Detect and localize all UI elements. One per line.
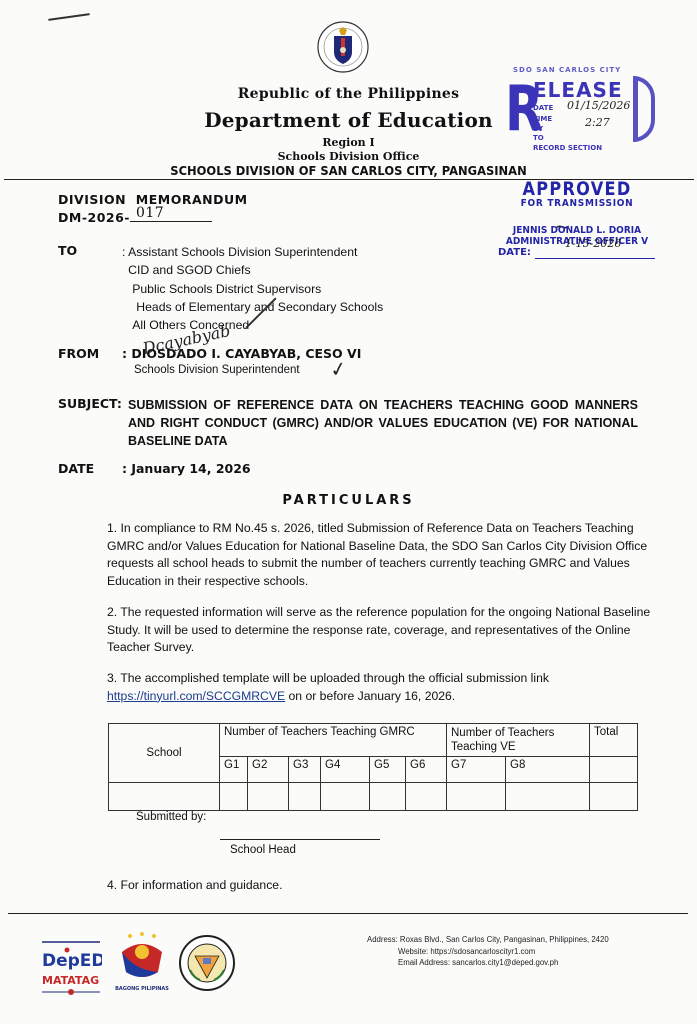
header-gmrc: Number of Teachers Teaching GMRC bbox=[220, 724, 447, 757]
approved-stamp: APPROVED FOR TRANSMISSION ~ JENNIS DONAL… bbox=[492, 178, 662, 259]
stamp-time-handwritten: 2:27 bbox=[585, 116, 610, 129]
recipient: Heads of Elementary and Secondary School… bbox=[122, 298, 383, 316]
stamp-field-to: TO bbox=[533, 134, 544, 142]
from-label: FROM bbox=[58, 346, 99, 361]
header-g2: G2 bbox=[248, 757, 289, 783]
division-line: SCHOOLS DIVISION OF SAN CARLOS CITY, PAN… bbox=[28, 163, 669, 178]
paragraph-4: 4. For information and guidance. bbox=[107, 877, 652, 895]
submitted-by-label: Submitted by: bbox=[136, 811, 206, 823]
footer-address: Address: Roxas Blvd., San Carlos City, P… bbox=[367, 934, 609, 946]
date-value: : January 14, 2026 bbox=[122, 461, 251, 476]
stamp-date-handwritten: 01/15/2026 bbox=[567, 99, 630, 112]
released-stamp: SDO SAN CARLOS CITY R ELEASE DATE TIME B… bbox=[505, 66, 655, 154]
memo-number-prefix: DM-2026- bbox=[58, 210, 130, 225]
approved-date-label: DATE: bbox=[498, 247, 531, 258]
header-school: School bbox=[109, 724, 220, 783]
cell-school[interactable] bbox=[109, 783, 220, 811]
header-g5: G5 bbox=[370, 757, 406, 783]
deped-matatag-logo-icon: DepED MATATAG bbox=[40, 940, 102, 996]
memo-number-value: 017 bbox=[136, 205, 164, 221]
stamp-field-record: RECORD SECTION bbox=[533, 144, 602, 152]
date-label: DATE bbox=[58, 461, 94, 476]
header-g6: G6 bbox=[406, 757, 447, 783]
paragraph-3: 3. The accomplished template will be upl… bbox=[107, 670, 652, 705]
cell-g6[interactable] bbox=[406, 783, 447, 811]
paragraph-2: 2. The requested information will serve … bbox=[107, 604, 652, 657]
cell-total[interactable] bbox=[590, 783, 638, 811]
footer-contact: Address: Roxas Blvd., San Carlos City, P… bbox=[367, 934, 609, 969]
approved-title: APPROVED bbox=[505, 178, 650, 200]
matatag-text: MATATAG bbox=[42, 974, 99, 987]
cell-g4[interactable] bbox=[321, 783, 370, 811]
stamp-field-date: DATE bbox=[533, 104, 553, 112]
recipient: CID and SGOD Chiefs bbox=[122, 261, 383, 279]
header-g7: G7 bbox=[447, 757, 506, 783]
subject-label: SUBJECT: bbox=[58, 396, 122, 411]
cell-g3[interactable] bbox=[289, 783, 321, 811]
reference-data-table: School Number of Teachers Teaching GMRC … bbox=[108, 723, 638, 811]
signature-line bbox=[220, 839, 380, 840]
recipient: Public Schools District Supervisors bbox=[122, 280, 383, 298]
header-g3: G3 bbox=[289, 757, 321, 783]
header-total: Total bbox=[590, 724, 638, 757]
bagong-pilipinas-logo-icon: BAGONG PILIPINAS bbox=[114, 930, 170, 994]
submission-link[interactable]: https://tinyurl.com/SCCGMRCVE bbox=[107, 689, 285, 703]
from-title: Schools Division Superintendent bbox=[134, 364, 300, 376]
cell-g1[interactable] bbox=[220, 783, 248, 811]
to-label: TO bbox=[58, 243, 77, 258]
footer-divider bbox=[8, 913, 688, 914]
school-head-label: School Head bbox=[230, 844, 296, 856]
header-g4: G4 bbox=[321, 757, 370, 783]
approved-date-row: DATE:1-15-2026 bbox=[492, 247, 662, 259]
header-total-blank bbox=[590, 757, 638, 783]
stamp-field-time: TIME bbox=[533, 115, 552, 123]
approved-subtitle: FOR TRANSMISSION bbox=[501, 198, 654, 209]
approved-date-handwritten: 1-15-2026 bbox=[565, 237, 621, 250]
memo-number: DM-2026-017 bbox=[58, 209, 212, 225]
paragraph-3-text: 3. The accomplished template will be upl… bbox=[107, 671, 549, 685]
from-name: : DIOSDADO I. CAYABYAB, CESO VI bbox=[122, 346, 361, 361]
cell-g7[interactable] bbox=[447, 783, 506, 811]
footer-email: Email Address: sancarlos.city1@deped.gov… bbox=[367, 957, 609, 969]
recipient: : Assistant Schools Division Superintend… bbox=[122, 243, 383, 261]
table-row bbox=[109, 783, 638, 811]
header-g8: G8 bbox=[506, 757, 590, 783]
cell-g5[interactable] bbox=[370, 783, 406, 811]
paragraph-3-deadline: on or before January 16, 2026. bbox=[285, 689, 455, 703]
approver-name: JENNIS DONALD L. DORIA bbox=[501, 225, 654, 236]
cell-g8[interactable] bbox=[506, 783, 590, 811]
released-stamp-d bbox=[633, 76, 655, 142]
paragraph-1: 1. In compliance to RM No.45 s. 2026, ti… bbox=[107, 520, 652, 590]
footer-website: Website: https://sdosancarloscityr1.com bbox=[367, 946, 609, 958]
header-g1: G1 bbox=[220, 757, 248, 783]
header-ve: Number of Teachers Teaching VE bbox=[447, 724, 590, 757]
deped-text: DepED bbox=[42, 951, 102, 971]
bagong-text: BAGONG PILIPINAS bbox=[115, 986, 169, 992]
cell-g2[interactable] bbox=[248, 783, 289, 811]
stamp-field-by: BY bbox=[533, 125, 543, 133]
particulars-heading: PARTICULARS bbox=[0, 493, 697, 508]
subject-text: SUBMISSION OF REFERENCE DATA ON TEACHERS… bbox=[128, 396, 638, 450]
deped-seal-icon bbox=[317, 16, 369, 78]
sdo-seal-icon bbox=[178, 934, 236, 992]
pen-mark bbox=[48, 13, 90, 21]
